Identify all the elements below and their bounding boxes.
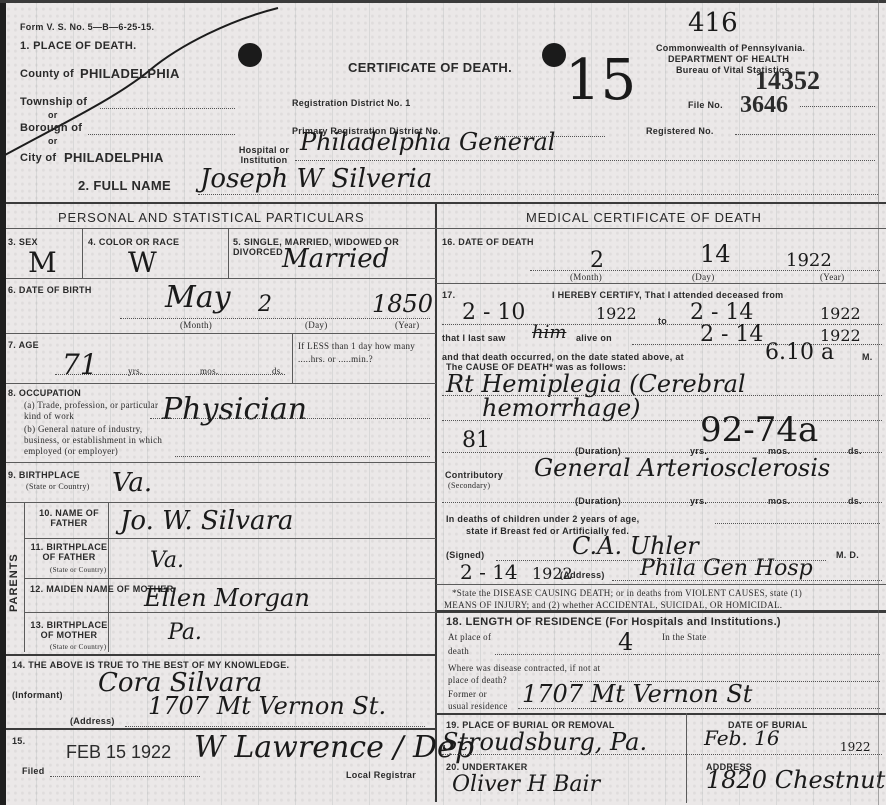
- birthplace-caption: (State or Country): [26, 482, 90, 491]
- parents-label: PARENTS: [8, 553, 20, 612]
- time-of-death-value: 6.10 a: [765, 340, 834, 365]
- undertaker-value: Oliver H Bair: [452, 772, 600, 797]
- registrar-label: Local Registrar: [346, 770, 416, 780]
- birthplace-value: Va.: [112, 468, 152, 498]
- place-of-death-label: 1. PLACE OF DEATH.: [20, 40, 136, 52]
- borough-label: Borough of: [20, 122, 82, 134]
- children-note-line1: In deaths of children under 2 years of a…: [446, 514, 639, 524]
- date-of-death-label: 16. DATE OF DEATH: [442, 237, 534, 247]
- handwritten-mark-15: 15: [565, 48, 636, 113]
- attended-to-year: 1922: [820, 304, 861, 323]
- duration-mos-label-2: mos.: [768, 496, 790, 506]
- attended-from-value: 2 - 10: [462, 300, 525, 325]
- occupation-value: Physician: [162, 392, 307, 427]
- residence-label: 18. LENGTH OF RESIDENCE (For Hospitals a…: [446, 616, 781, 628]
- agency-line-2: DEPARTMENT OF HEALTH: [668, 54, 789, 64]
- race-value: W: [128, 246, 157, 279]
- death-day-value: 14: [700, 240, 731, 268]
- cause-value-line2: hemorrhage): [482, 394, 641, 422]
- mother-maiden-value: Ellen Morgan: [144, 584, 310, 612]
- in-state-label: In the State: [662, 630, 722, 644]
- full-name-label: 2. FULL NAME: [78, 178, 171, 193]
- age-mos-label: mos.: [200, 366, 218, 376]
- file-no-value: 3646: [740, 92, 788, 119]
- address-value: Phila Gen Hosp: [640, 556, 813, 581]
- certify-label: I HEREBY CERTIFY, That I attended deceas…: [552, 290, 783, 300]
- filed-number: 15.: [12, 736, 25, 746]
- dob-month-value: May: [165, 280, 231, 315]
- certify-number: 17.: [442, 290, 455, 300]
- file-no-label: File No.: [688, 100, 723, 110]
- marital-value: Married: [282, 244, 389, 274]
- city-value: PHILADELPHIA: [64, 150, 164, 165]
- last-saw-pronoun: him: [532, 322, 566, 343]
- death-month-caption: (Month): [570, 272, 602, 282]
- father-birthplace-label: 11. BIRTHPLACE OF FATHER: [30, 542, 108, 562]
- former-residence-label: Former or usual residence: [448, 688, 508, 712]
- burial-year-value: 1922: [840, 740, 871, 754]
- punch-hole-right: [542, 43, 566, 67]
- less-than-day-label: If LESS than 1 day how many .....hrs. or…: [298, 340, 433, 366]
- duration-ds-label-2: ds.: [848, 496, 862, 506]
- father-birthplace-value: Va.: [150, 548, 184, 573]
- contributory-value: General Arteriosclerosis: [534, 454, 830, 482]
- date-of-birth-label: 6. DATE OF BIRTH: [8, 285, 92, 295]
- agency-line-1: Commonwealth of Pennsylvania.: [656, 43, 805, 53]
- sex-value: M: [28, 246, 57, 279]
- secondary-caption: (Secondary): [448, 481, 490, 490]
- filed-date-stamp: FEB 15 1922: [66, 742, 171, 763]
- dob-year-value: 1850: [372, 290, 433, 318]
- father-name-value: Jo. W. Silvara: [120, 506, 293, 536]
- burial-date-value: Feb. 16: [704, 726, 780, 750]
- duration-ds-label-1: ds.: [848, 446, 862, 456]
- county-label: County of: [20, 68, 74, 80]
- dob-day-value: 2: [258, 292, 272, 317]
- dob-year-caption: (Year): [395, 320, 419, 330]
- registered-no-label: Registered No.: [646, 126, 714, 136]
- attended-from-year: 1922: [596, 304, 637, 323]
- father-name-label: 10. NAME OF FATHER: [30, 508, 108, 528]
- footnote-line2: MEANS OF INJURY; and (2) whether ACCIDEN…: [444, 600, 782, 610]
- age-yrs-label: yrs.: [128, 366, 142, 376]
- md-label: M. D.: [836, 550, 859, 560]
- mother-birthplace-caption: (State or Country): [50, 643, 106, 651]
- duration-yrs-label-2: yrs.: [690, 496, 707, 506]
- burial-place-value: Stroudsburg, Pa.: [442, 728, 647, 756]
- undertaker-address-value: 1820 Chestnut: [706, 766, 885, 794]
- signed-label: (Signed): [446, 550, 484, 560]
- mother-birthplace-label: 13. BIRTHPLACE OF MOTHER: [30, 620, 108, 640]
- informant-label: (Informant): [12, 690, 63, 700]
- mother-birthplace-value: Pa.: [168, 620, 202, 645]
- handwritten-number-416: 416: [688, 8, 738, 38]
- mother-maiden-label: 12. MAIDEN NAME OF MOTHER: [30, 584, 140, 594]
- medical-section-title: MEDICAL CERTIFICATE OF DEATH: [526, 210, 762, 225]
- city-label: City of: [20, 152, 56, 164]
- or-label-1: or: [48, 110, 58, 120]
- form-number: Form V. S. No. 5—B—6-25-15.: [20, 22, 154, 32]
- registrar-signature: W Lawrence / Dep: [194, 730, 474, 765]
- birthplace-label: 9. BIRTHPLACE: [8, 470, 80, 480]
- alive-on-label: alive on: [576, 333, 612, 343]
- occurred-label: and that death occurred, on the date sta…: [442, 352, 684, 362]
- county-value: PHILADELPHIA: [80, 66, 180, 81]
- punch-hole-left: [238, 43, 262, 67]
- death-certificate: Form V. S. No. 5—B—6-25-15. 1. PLACE OF …: [0, 0, 886, 805]
- dob-month-caption: (Month): [180, 320, 212, 330]
- occupation-b-label: (b) General nature of industry, business…: [24, 424, 179, 457]
- undertaker-label: 20. UNDERTAKER: [446, 762, 528, 772]
- occupation-label: 8. OCCUPATION: [8, 388, 81, 398]
- father-birthplace-caption: (State or Country): [50, 566, 106, 574]
- time-suffix: M.: [862, 352, 873, 362]
- last-saw-label: that I last saw: [442, 333, 506, 343]
- hospital-value: Philadelphia General: [300, 128, 555, 156]
- dob-day-caption: (Day): [305, 320, 328, 330]
- cause-note: 92-74a: [700, 410, 818, 450]
- former-residence-value: 1707 Mt Vernon St: [522, 680, 752, 708]
- residence-days-value: 4: [618, 628, 633, 656]
- death-day-caption: (Day): [692, 272, 715, 282]
- hospital-label: Hospital or Institution: [238, 145, 290, 165]
- filed-label: Filed: [22, 766, 45, 776]
- age-ds-label: ds.: [272, 366, 283, 376]
- signed-date: 2 - 14: [460, 560, 518, 584]
- footnote-line1: *State the DISEASE CAUSING DEATH; or in …: [452, 588, 802, 598]
- certificate-title: CERTIFICATE OF DEATH.: [348, 60, 512, 75]
- cause-mark: 81: [462, 428, 490, 453]
- age-label: 7. AGE: [8, 340, 39, 350]
- age-value: 71: [62, 348, 98, 381]
- address-label: (Address): [560, 570, 605, 580]
- registration-district-label: Registration District No. 1: [292, 98, 411, 108]
- full-name-value: Joseph W Silveria: [200, 164, 432, 194]
- informant-address-value: 1707 Mt Vernon St.: [148, 692, 386, 720]
- informant-address-label: (Address): [70, 716, 115, 726]
- personal-section-title: PERSONAL AND STATISTICAL PARTICULARS: [58, 210, 364, 225]
- contributory-label: Contributory: [445, 470, 503, 480]
- or-label-2: or: [48, 136, 58, 146]
- township-label: Township of: [20, 96, 87, 108]
- duration-label-2: (Duration): [575, 496, 621, 506]
- death-year-caption: (Year): [820, 272, 844, 282]
- death-year-value: 1922: [786, 250, 832, 271]
